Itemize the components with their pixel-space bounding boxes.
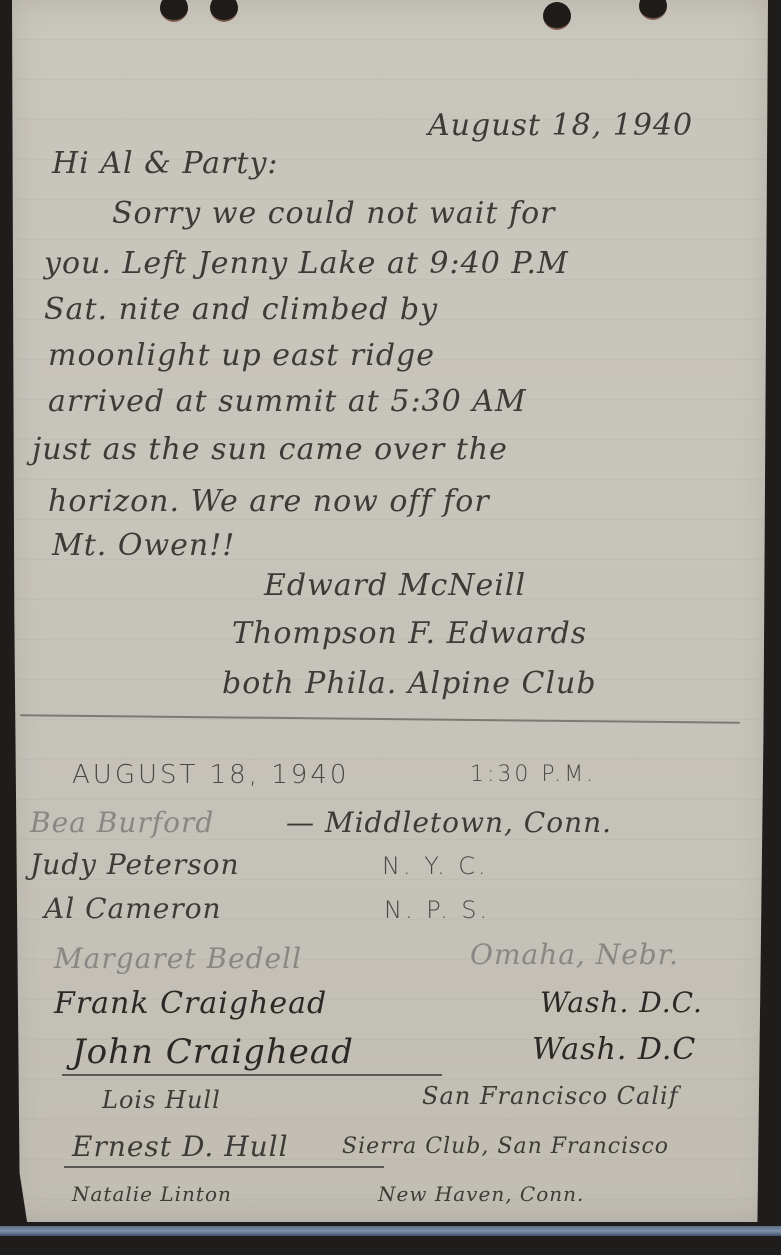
mount-edge [0, 1226, 781, 1236]
entry-place: Omaha, Nebr. [470, 938, 679, 971]
entry-name: Margaret Bedell [54, 942, 302, 975]
entry-name: Frank Craighead [54, 986, 327, 1021]
entry-name: Natalie Linton [72, 1182, 232, 1206]
entry-place: — Middletown, Conn. [286, 806, 612, 839]
note-line: Sorry we could not wait for [112, 196, 556, 231]
note-line: Mt. Owen!! [52, 528, 235, 563]
punch-hole [210, 0, 238, 22]
punch-hole [639, 0, 667, 20]
signature-club: both Phila. Alpine Club [222, 666, 597, 701]
entry-place: Wash. D.C. [540, 986, 703, 1019]
entry-name: Bea Burford [30, 806, 214, 839]
entry-name: John Craighead [72, 1032, 354, 1072]
entry-name: Al Cameron [44, 892, 222, 925]
signature-underline [64, 1166, 384, 1168]
entry-name: Ernest D. Hull [72, 1130, 289, 1163]
register-date: AUGUST 18, 1940 [72, 760, 349, 790]
entry-place: New Haven, Conn. [378, 1182, 584, 1206]
entry-name: Judy Peterson [30, 848, 240, 881]
note-date: August 18, 1940 [428, 108, 693, 143]
punch-hole [543, 2, 571, 30]
note-line: you. Left Jenny Lake at 9:40 P.M [44, 246, 569, 281]
register-time: 1:30 P.M. [470, 762, 596, 787]
entry-place: Sierra Club, San Francisco [342, 1134, 669, 1159]
note-line: arrived at summit at 5:30 AM [48, 384, 527, 419]
note-line: just as the sun came over the [32, 432, 508, 467]
note-line: horizon. We are now off for [48, 484, 490, 519]
entry-place: Wash. D.C [532, 1032, 696, 1067]
signature-underline [62, 1074, 442, 1076]
entry-place: N. P. S. [384, 896, 490, 924]
entry-place: San Francisco Calif [422, 1082, 679, 1110]
entry-name: Lois Hull [102, 1086, 221, 1114]
signature-edward-mcneill: Edward McNeill [264, 568, 526, 603]
note-salutation: Hi Al & Party: [52, 146, 279, 181]
punch-hole [160, 0, 188, 22]
section-divider [20, 714, 740, 724]
note-line: moonlight up east ridge [48, 338, 435, 373]
entry-place: N. Y. C. [382, 852, 489, 880]
signature-thompson-edwards: Thompson F. Edwards [232, 616, 587, 651]
register-paper: August 18, 1940 Hi Al & Party: Sorry we … [12, 0, 768, 1222]
note-line: Sat. nite and climbed by [44, 292, 438, 327]
